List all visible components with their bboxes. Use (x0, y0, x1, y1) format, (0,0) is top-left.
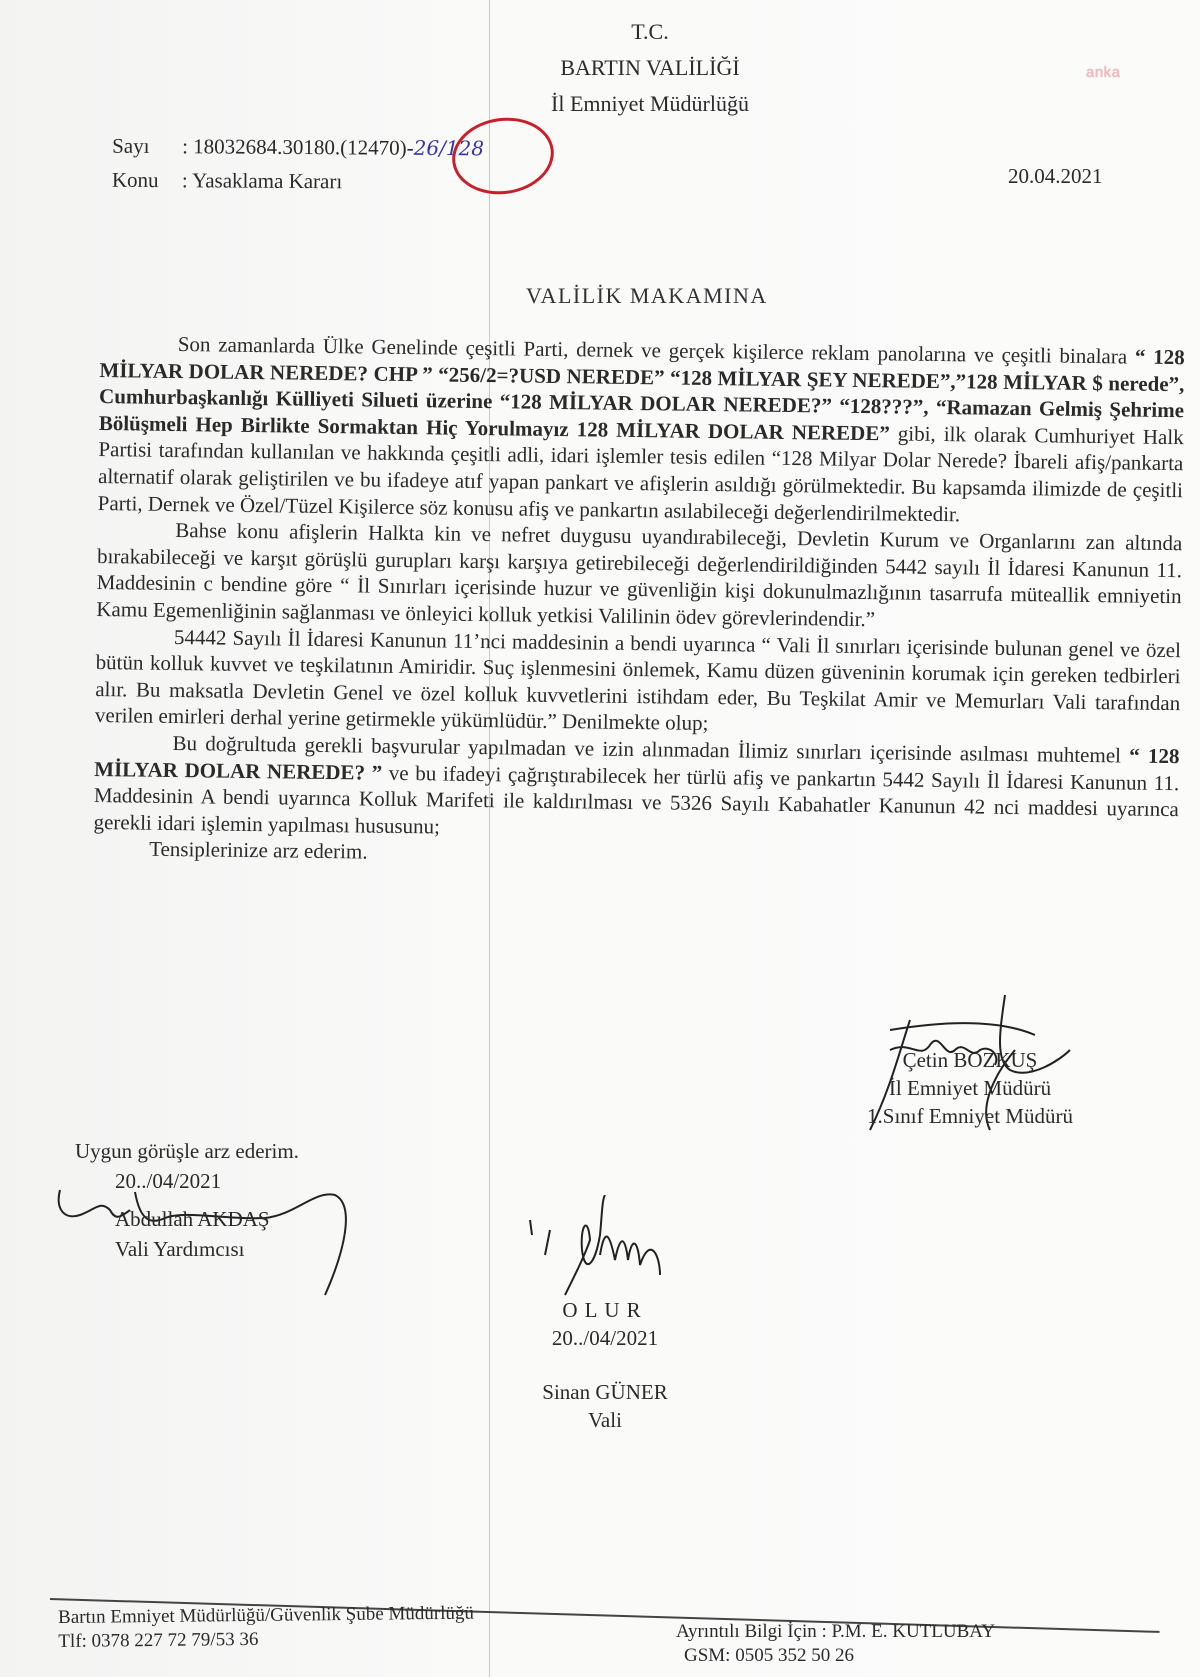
deputy-date: 20../04/2021 (75, 1166, 299, 1196)
sayi-row: Sayı : 18032684.30180.(12470)-26/128 (112, 129, 484, 166)
document-date: 20.04.2021 (1008, 164, 1103, 189)
paragraph-2: Bahse konu afişlerin Halkta kin ve nefre… (96, 516, 1182, 637)
letter-body: Son zamanlarda Ülke Genelinde çeşitli Pa… (93, 330, 1185, 876)
paragraph-4: Bu doğrultuda gerekli başvurular yapılma… (93, 729, 1179, 850)
governor-title: Vali (520, 1406, 690, 1434)
konu-label: Konu (112, 163, 182, 197)
footer-contact-info: Ayrıntılı Bilgi İçin : P.M. E. KUTLUBAY … (676, 1620, 995, 1668)
deputy-approval-note: Uygun görüşle arz ederim. (75, 1136, 299, 1166)
document-page: anka T.C. BARTIN VALİLİĞİ İl Emniyet Müd… (0, 0, 1200, 1677)
paragraph-3: 54442 Sayılı İl İdaresi Kanunun 11’nci m… (95, 623, 1181, 744)
letterhead: T.C. BARTIN VALİLİĞİ İl Emniyet Müdürlüğ… (500, 14, 800, 122)
signature-governor-icon (510, 1195, 690, 1305)
letterhead-line-governorship: BARTIN VALİLİĞİ (500, 50, 800, 86)
deputy-title: Vali Yardımcısı (75, 1234, 299, 1264)
deputy-name: Abdullah AKDAŞ (75, 1204, 299, 1234)
letterhead-line-police-directorate: İl Emniyet Müdürlüğü (500, 86, 800, 122)
sayi-label: Sayı (112, 129, 182, 163)
police-director-name: Çetin BOZKUŞ (820, 1046, 1120, 1074)
footer-contact: Ayrıntılı Bilgi İçin : P.M. E. KUTLUBAY (676, 1620, 995, 1644)
signature-block-police-director: Çetin BOZKUŞ İl Emniyet Müdürü 1.Sınıf E… (820, 1046, 1120, 1130)
police-director-title: İl Emniyet Müdürü (820, 1074, 1120, 1102)
signature-block-deputy-governor: Uygun görüşle arz ederim. 20../04/2021 A… (75, 1136, 299, 1264)
police-director-rank: 1.Sınıf Emniyet Müdürü (820, 1102, 1120, 1130)
footer-unit: Bartın Emniyet Müdürlüğü/Güvenlik Şube M… (58, 1602, 474, 1630)
governor-name: Sinan GÜNER (520, 1378, 690, 1406)
addressee-title: VALİLİK MAKAMINA (526, 283, 768, 309)
paragraph-1: Son zamanlarda Ülke Genelinde çeşitli Pa… (98, 330, 1185, 530)
letterhead-line-tc: T.C. (500, 14, 800, 50)
footer-phone: Tlf: 0378 227 72 79/53 36 (58, 1626, 474, 1654)
footer-unit-info: Bartın Emniyet Müdürlüğü/Güvenlik Şube M… (58, 1602, 474, 1654)
reference-block: Sayı : 18032684.30180.(12470)-26/128 Kon… (112, 129, 484, 200)
anka-watermark: anka (1086, 64, 1121, 81)
konu-value: : Yasaklama Kararı (182, 163, 343, 198)
footer-gsm: GSM: 0505 352 50 26 (676, 1644, 995, 1668)
governor-date: 20../04/2021 (520, 1324, 690, 1352)
sayi-value: : 18032684.30180.(12470)- (182, 129, 414, 165)
konu-row: Konu : Yasaklama Kararı (112, 163, 484, 200)
governor-approval-olur: OLUR (520, 1296, 690, 1324)
signature-block-governor: OLUR 20../04/2021 Sinan GÜNER Vali (520, 1296, 690, 1434)
